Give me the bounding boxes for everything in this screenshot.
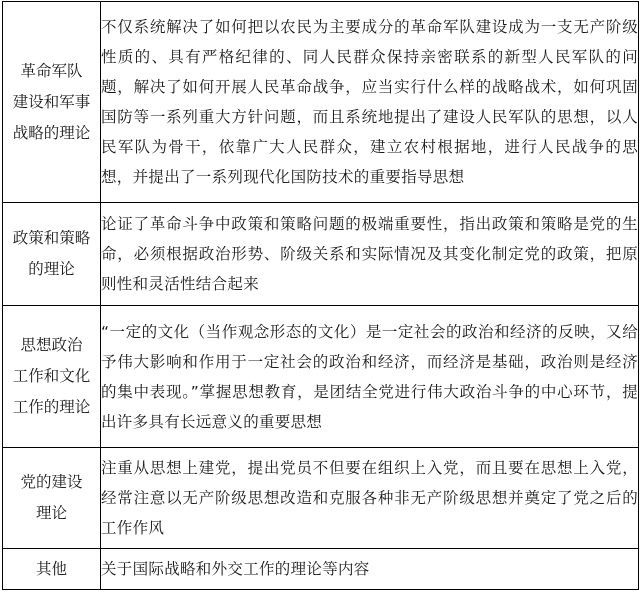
row-label-line: 工作的理论 bbox=[3, 392, 100, 423]
row-content: “一定的文化（当作观念形态的文化）是一定社会的政治和经济的反映，又给予伟大影响和… bbox=[101, 306, 639, 448]
row-content: 不仅系统解决了如何把以农民为主要成分的革命军队建设成为一支无产阶级性质的、具有严… bbox=[101, 2, 639, 203]
row-content: 注重从思想上建党，提出党员不但要在组织上入党，而且要在思想上入党，经常注意以无产… bbox=[101, 448, 639, 549]
table-row: 党的建设 理论 注重从思想上建党，提出党员不但要在组织上入党，而且要在思想上入党… bbox=[3, 448, 639, 549]
row-label-line: 理论 bbox=[3, 498, 100, 529]
row-label-line: 革命军队 bbox=[3, 56, 100, 87]
table-row: 革命军队 建设和军事 战略的理论 不仅系统解决了如何把以农民为主要成分的革命军队… bbox=[3, 2, 639, 203]
table-row: 政策和策略 的理论 论证了革命斗争中政策和策略问题的极端重要性，指出政策和策略是… bbox=[3, 203, 639, 306]
row-content: 论证了革命斗争中政策和策略问题的极端重要性，指出政策和策略是党的生命，必须根据政… bbox=[101, 203, 639, 306]
theory-table: 革命军队 建设和军事 战略的理论 不仅系统解决了如何把以农民为主要成分的革命军队… bbox=[2, 1, 639, 590]
row-label-line: 工作和文化 bbox=[3, 361, 100, 392]
row-label: 其他 bbox=[3, 549, 101, 590]
table-row: 思想政治 工作和文化 工作的理论 “一定的文化（当作观念形态的文化）是一定社会的… bbox=[3, 306, 639, 448]
row-label: 革命军队 建设和军事 战略的理论 bbox=[3, 2, 101, 203]
row-label-line: 党的建设 bbox=[3, 467, 100, 498]
row-label: 党的建设 理论 bbox=[3, 448, 101, 549]
row-label-line: 的理论 bbox=[3, 254, 100, 285]
row-label-line: 思想政治 bbox=[3, 330, 100, 361]
row-content: 关于国际战略和外交工作的理论等内容 bbox=[101, 549, 639, 590]
row-label: 政策和策略 的理论 bbox=[3, 203, 101, 306]
row-label: 思想政治 工作和文化 工作的理论 bbox=[3, 306, 101, 448]
row-label-line: 政策和策略 bbox=[3, 223, 100, 254]
row-label-line: 战略的理论 bbox=[3, 118, 100, 149]
row-label-line: 建设和军事 bbox=[3, 87, 100, 118]
row-label-line: 其他 bbox=[3, 554, 100, 585]
table-row: 其他 关于国际战略和外交工作的理论等内容 bbox=[3, 549, 639, 590]
